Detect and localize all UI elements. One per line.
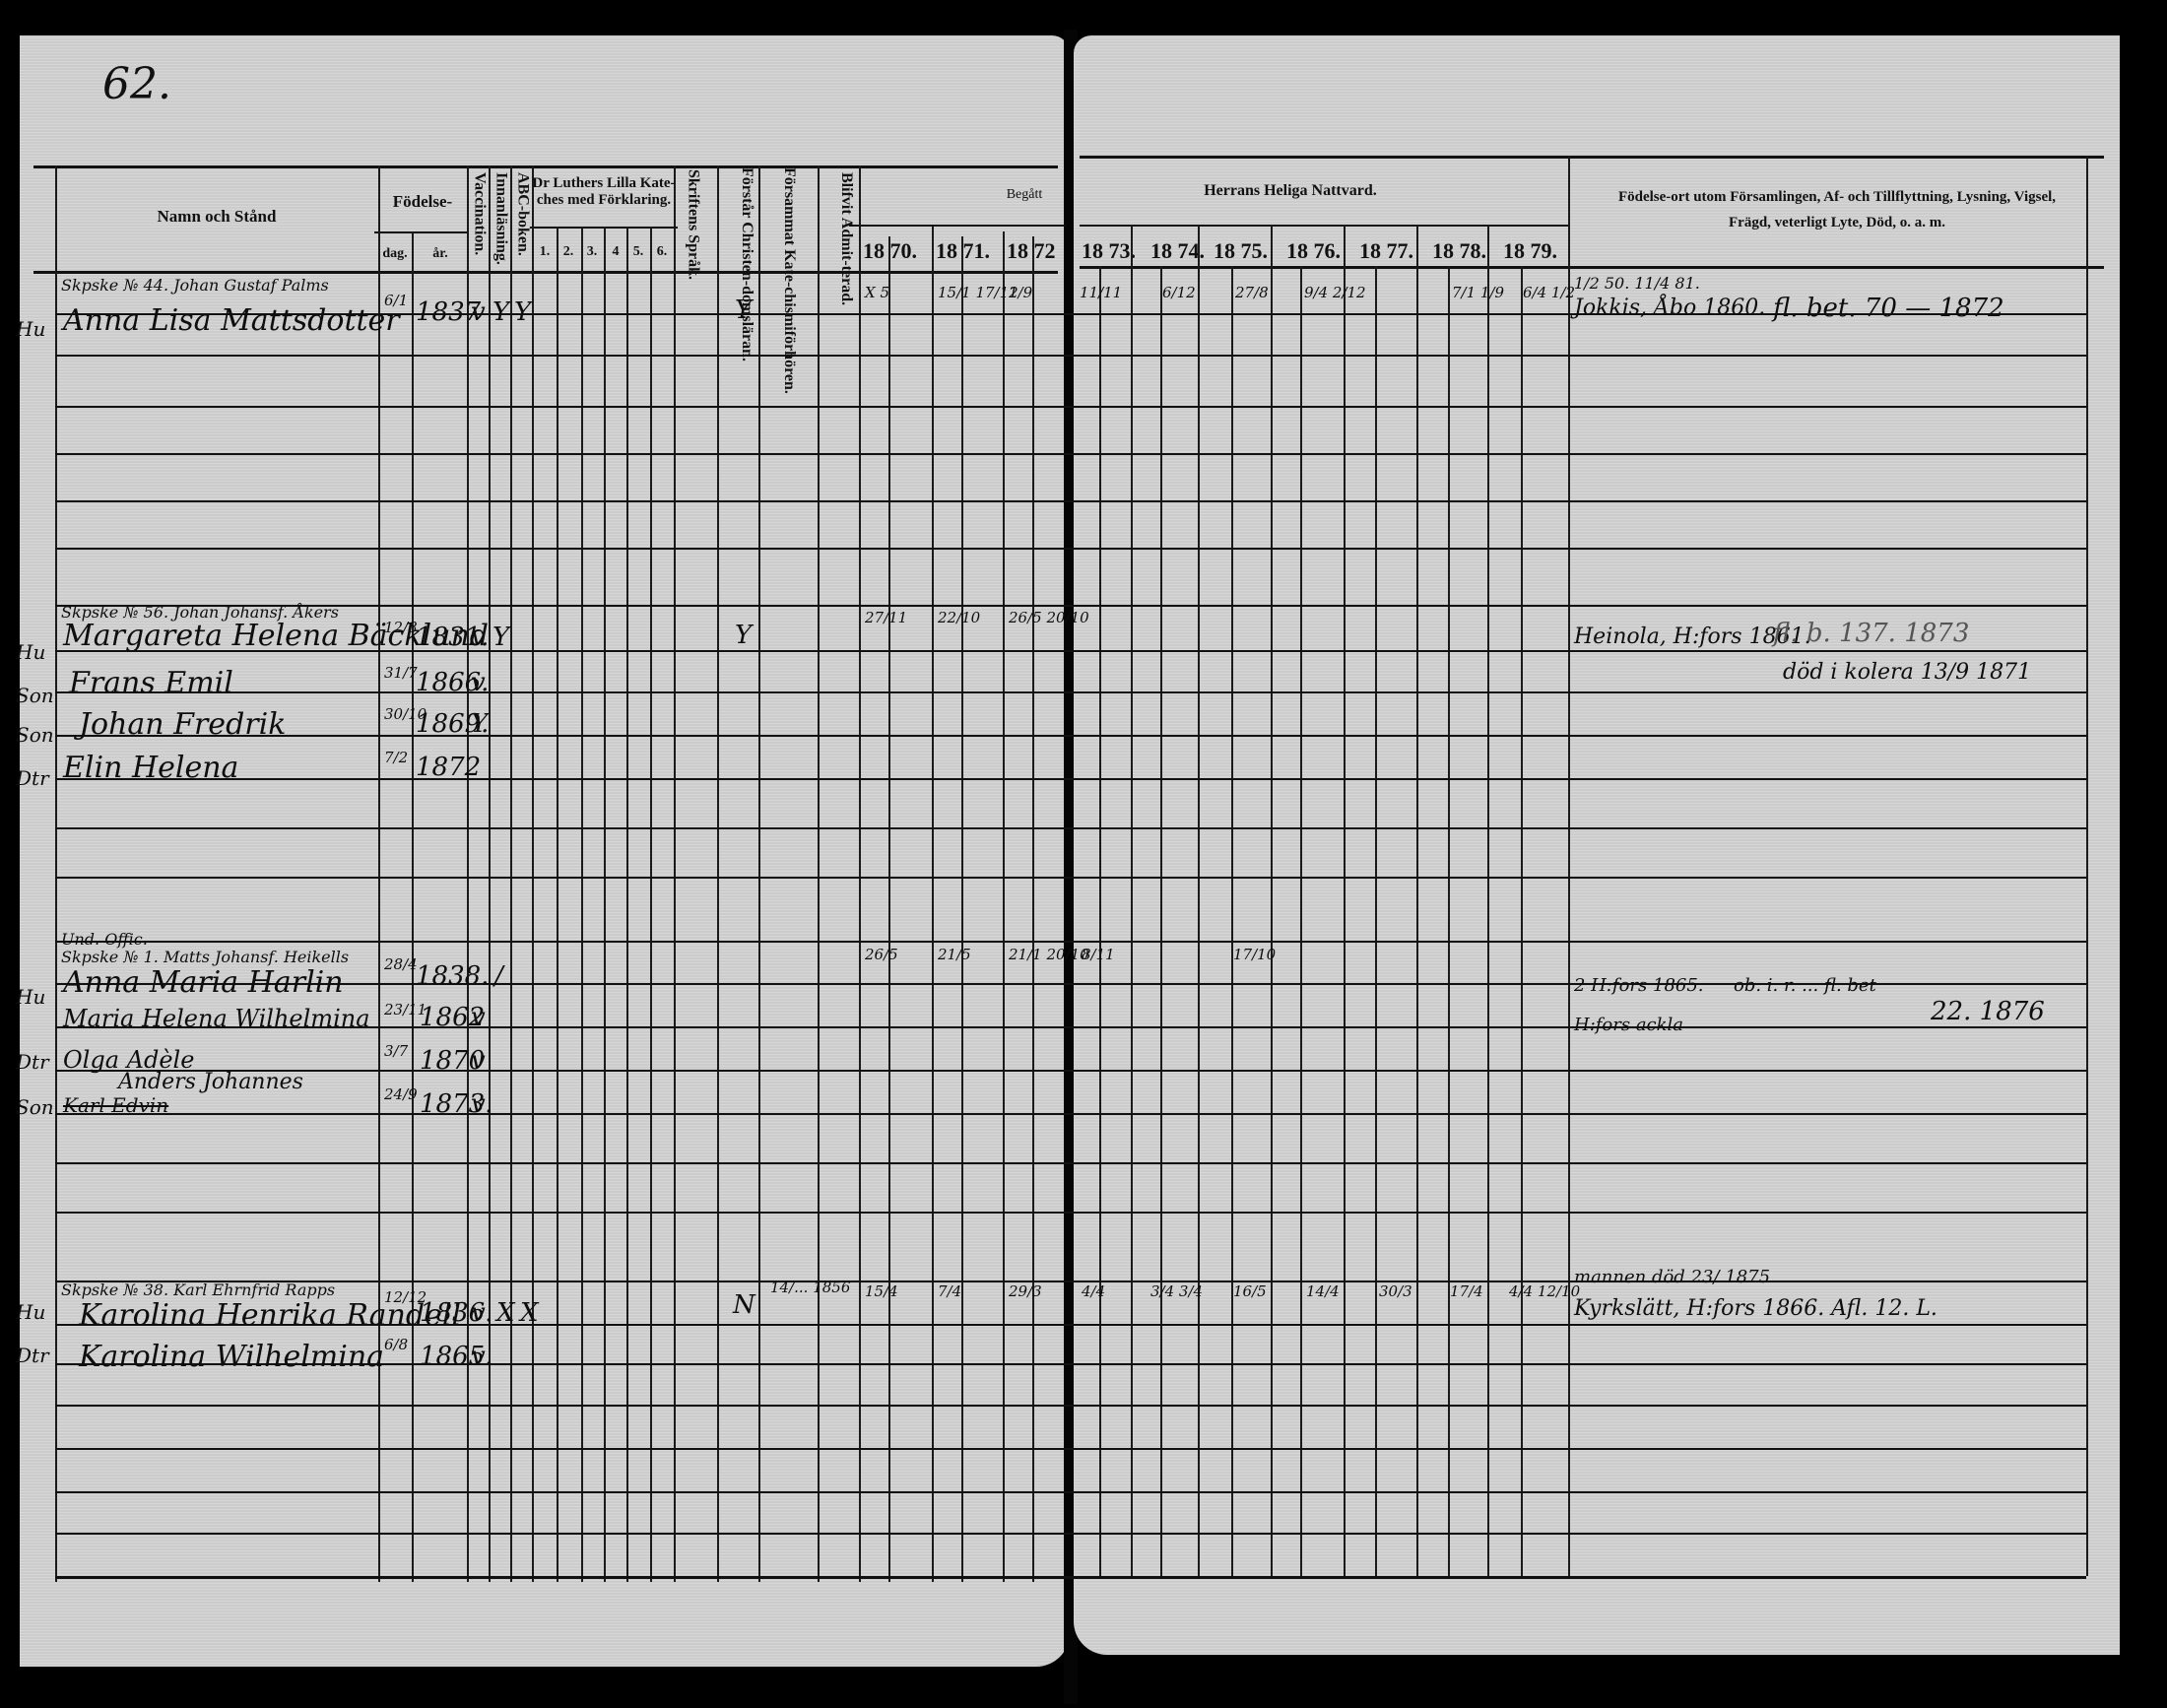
birth-day: 6/8 [384,1338,408,1352]
table-rule [55,941,2086,943]
table-rule [932,227,934,1582]
catechism-part-1: 1. [534,244,556,260]
table-rule [717,165,719,1582]
remark: H:fors ackla [1574,1015,1683,1035]
person-name: Maria Helena Wilhelmina [63,1005,370,1032]
catechism-part-2: 2. [558,244,579,260]
birth-day: 12/8 [384,621,418,635]
table-rule [2086,156,2088,1576]
birth-day: 7/2 [384,751,408,765]
communion-1874: 6/12 [1162,286,1196,300]
remark: Kyrkslätt, H:fors 1866. Afl. 12. L. [1574,1296,1937,1321]
header-bottom-rule [33,271,1058,274]
column-header-birth-year: år. [414,246,467,262]
table-rule [532,165,534,1582]
reading-mark: / [494,961,503,991]
communion-1875: 17/10 [1233,948,1276,962]
role-label: Hu [16,1300,45,1324]
year-1879: 18 79. [1503,238,1557,264]
vaccination-mark: v [471,297,486,327]
table-rule [859,165,861,1582]
table-rule [758,165,760,1582]
table-rule [55,605,2086,607]
communion-1871: 21/5 [938,948,971,962]
person-name: Anna Lisa Mattsdotter [63,303,400,338]
person-name: Anna Maria Harlin [63,965,344,1000]
table-rule [55,691,2086,693]
birth-day: 3/7 [384,1044,408,1059]
birth-day: 28/4 [384,957,418,972]
column-header-abc-book: ABC-boken. [514,172,532,256]
column-header-name: Namn och Stånd [118,207,315,227]
year-1874: 18 74. [1150,238,1205,264]
remark: fl. b. 137. 1873 [1773,619,1969,648]
remarks-title-line-2: Frägd, veterligt Lyte, Död, o. a. m. [1576,215,2098,231]
year-1872: 18 72 [1007,238,1056,264]
communion-1872: 29/3 [1009,1284,1042,1299]
table-rule [1344,225,1346,1576]
column-header-birth: Födelse- [378,192,467,212]
catechism-part-4: 4 [605,244,626,260]
column-header-vaccination: Vaccination. [471,172,489,255]
vaccination-mark: v [471,1342,486,1371]
communion-1878: 17/4 [1450,1284,1483,1299]
remark: död i kolera 13/9 1871 [1783,660,2031,685]
communion-1871: 7/4 [938,1284,961,1299]
birth-subheader-rule [374,231,468,233]
table-rule [1198,225,1200,1576]
table-rule [55,1070,2086,1072]
role-label: Hu [16,985,45,1009]
remark: 1/2 50. 11/4 81. [1574,274,1700,293]
catechism-part-6: 6. [651,244,673,260]
communion-1873: 4/4 [1082,1284,1105,1299]
table-rule [55,1281,2086,1282]
column-header-birth-day: dag. [378,246,412,262]
table-rule [650,227,652,1582]
understands-mark: N [733,1290,755,1320]
vaccination-mark: Y [471,709,488,739]
understands-mark: Y [735,296,752,325]
communion-1871: 22/10 [938,611,980,625]
remark: mannen död 23/ 1875 [1574,1267,1770,1287]
vaccination-mark: v [471,623,486,652]
vaccination-mark: v [471,1003,486,1032]
column-header-understands: Förstår Christen-domsläran. [724,167,755,361]
table-rule [818,165,820,1582]
birth-day: 31/7 [384,666,418,681]
table-rule [55,453,2086,455]
catechism-line-2: ches med Förklaring. [532,192,676,209]
communion-1870: 27/11 [865,611,907,625]
person-name: Karolina Wilhelmina [79,1340,384,1374]
communion-1877: 30/3 [1379,1284,1412,1299]
table-rule [961,236,963,1582]
column-header-admitted: Blifvit Admit-terad. [823,172,855,305]
household-header: Skpske № 44. Johan Gustaf Palms [61,276,329,295]
year-1873: 18 73. [1082,238,1136,264]
vaccination-mark: v [471,1046,486,1076]
communion-1876: 9/4 2/12 [1304,286,1366,300]
table-rule [1521,266,1523,1576]
table-rule [1032,236,1034,1582]
right-header-bottom-rule [1080,266,2104,269]
vaccination-mark: v [471,1089,486,1119]
communion-1872: 1/9 [1009,286,1032,300]
vaccination-mark: v [471,668,486,697]
margin-rule [55,165,57,1582]
table-rule [1003,231,1005,1582]
catechism-line-1: Dr Luthers Lilla Kate- [532,175,676,192]
communion-1873: 8/11 [1082,948,1115,962]
communion-1876: 14/4 [1306,1284,1340,1299]
role-label: Son [16,684,54,707]
column-header-scripture-language: Skriftens Språk. [685,169,702,280]
column-header-communion-begatt: Begått [995,187,1054,203]
table-rule [1448,266,1450,1576]
header-top-rule [33,165,1058,168]
year-1875: 18 75. [1214,238,1268,264]
table-rule [604,227,606,1582]
abc-mark: Y [514,297,531,327]
table-rule [1160,266,1162,1576]
table-bottom-rule [55,1576,2086,1579]
table-rule [55,355,2086,357]
years-subheader-rule-right [1080,225,1568,227]
year-1877: 18 77. [1359,238,1413,264]
table-rule [55,1162,2086,1164]
role-label: Son [16,723,54,747]
communion-1873: 11/11 [1080,286,1122,300]
household-header: Skpske № 1. Matts Johansf. Heikells [61,948,349,966]
table-rule [55,500,2086,502]
vaccination-mark: v [471,1298,486,1328]
year-1870: 18 70. [863,238,917,264]
remark: 2 H:fors 1865. [1574,975,1704,996]
table-rule [1131,225,1133,1576]
person-name: Frans Emil [69,666,233,700]
reading-mark: X [496,1298,515,1328]
column-header-catechism-hearing: Försammat Kate-chismiförhören. [766,167,798,394]
table-rule [55,548,2086,550]
remark: fl. bet. 70 — 1872 [1773,294,2004,323]
communion-1870: 26/5 [865,948,898,962]
communion-1871: 15/1 17/12 [938,286,1018,300]
communion-1879: 4/4 12/10 [1509,1284,1580,1299]
table-rule [1416,225,1418,1576]
table-rule [55,827,2086,829]
catechism-part-5: 5. [627,244,649,260]
role-label: Son [16,1095,54,1119]
table-rule [674,165,676,1582]
column-header-catechism: Dr Luthers Lilla Kate- ches med Förklari… [532,175,676,210]
year-1876: 18 76. [1286,238,1341,264]
remarks-title-line-1: Födelse-ort utom Församlingen, Af- och T… [1576,189,2098,206]
remark: Jokkis, Åbo 1860. [1574,296,1765,320]
abc-mark: X [520,1298,539,1328]
communion-1878: 7/1 1/9 [1452,286,1504,300]
year-1871: 18 71. [936,238,990,264]
table-rule [55,1405,2086,1407]
year-1878: 18 78. [1432,238,1486,264]
communion-1875: 27/8 [1235,286,1269,300]
communion-1879: 6/4 1/2 [1523,286,1575,300]
household-header: Skpske № 38. Karl Ehrnfrid Rapps [61,1281,335,1299]
table-rule [55,778,2086,780]
communion-1874: 3/4 3/4 [1150,1284,1203,1299]
table-rule [581,227,583,1582]
understands-mark: Y [735,621,752,650]
communion-1870: X 5 [865,286,889,300]
remark: 22. 1876 [1931,997,2045,1026]
household-rank: Und. Offic. [61,930,148,949]
table-rule [1300,266,1302,1576]
table-rule [55,1113,2086,1115]
table-rule [1375,266,1377,1576]
person-name: Johan Fredrik [79,707,286,742]
table-rule [1487,225,1489,1576]
table-rule [1271,225,1273,1576]
table-rule [510,165,512,1582]
reading-mark: Y [492,297,509,327]
communion-1872: 26/5 20/10 [1009,611,1089,625]
birth-day: 24/9 [384,1087,418,1102]
remark: ob. i. r. ... fl. bet [1734,975,1876,996]
column-header-reading: Innanläsning. [492,172,510,265]
communion-1875: 16/5 [1233,1284,1267,1299]
table-rule [55,735,2086,737]
table-rule [626,227,628,1582]
table-rule [55,1448,2086,1450]
role-label: Hu [16,317,45,341]
birth-year: 1838. [416,961,489,991]
reading-mark: Y [492,623,509,652]
catechism-hearing: 14/... 1856 [770,1281,850,1295]
table-rule [557,227,558,1582]
table-rule [55,877,2086,879]
struck-name: Karl Edvin [63,1093,168,1117]
role-label: Dtr [16,1344,49,1367]
table-rule [1231,266,1233,1576]
person-name: Anders Johannes [118,1070,303,1094]
page-number: 62. [102,59,171,109]
catechism-part-3: 3. [581,244,603,260]
birth-year: 1872 [416,753,481,782]
table-rule [55,1491,2086,1493]
table-rule [888,236,890,1582]
table-rule [1099,266,1101,1576]
role-label: Hu [16,640,45,664]
communion-title: Herrans Heliga Nattvard. [1123,182,1458,200]
table-rule [55,1212,2086,1214]
right-header-top-rule [1080,156,2104,159]
person-name: Elin Helena [63,751,238,785]
years-subheader-rule-left [849,225,1066,227]
communion-1870: 15/4 [865,1284,898,1299]
role-label: Dtr [16,766,49,790]
role-label: Dtr [16,1050,49,1074]
birth-day: 6/1 [384,294,408,308]
table-rule [412,231,414,1582]
table-rule [55,1533,2086,1535]
table-rule [55,406,2086,408]
communion-1872: 21/1 20/10 [1009,948,1089,962]
